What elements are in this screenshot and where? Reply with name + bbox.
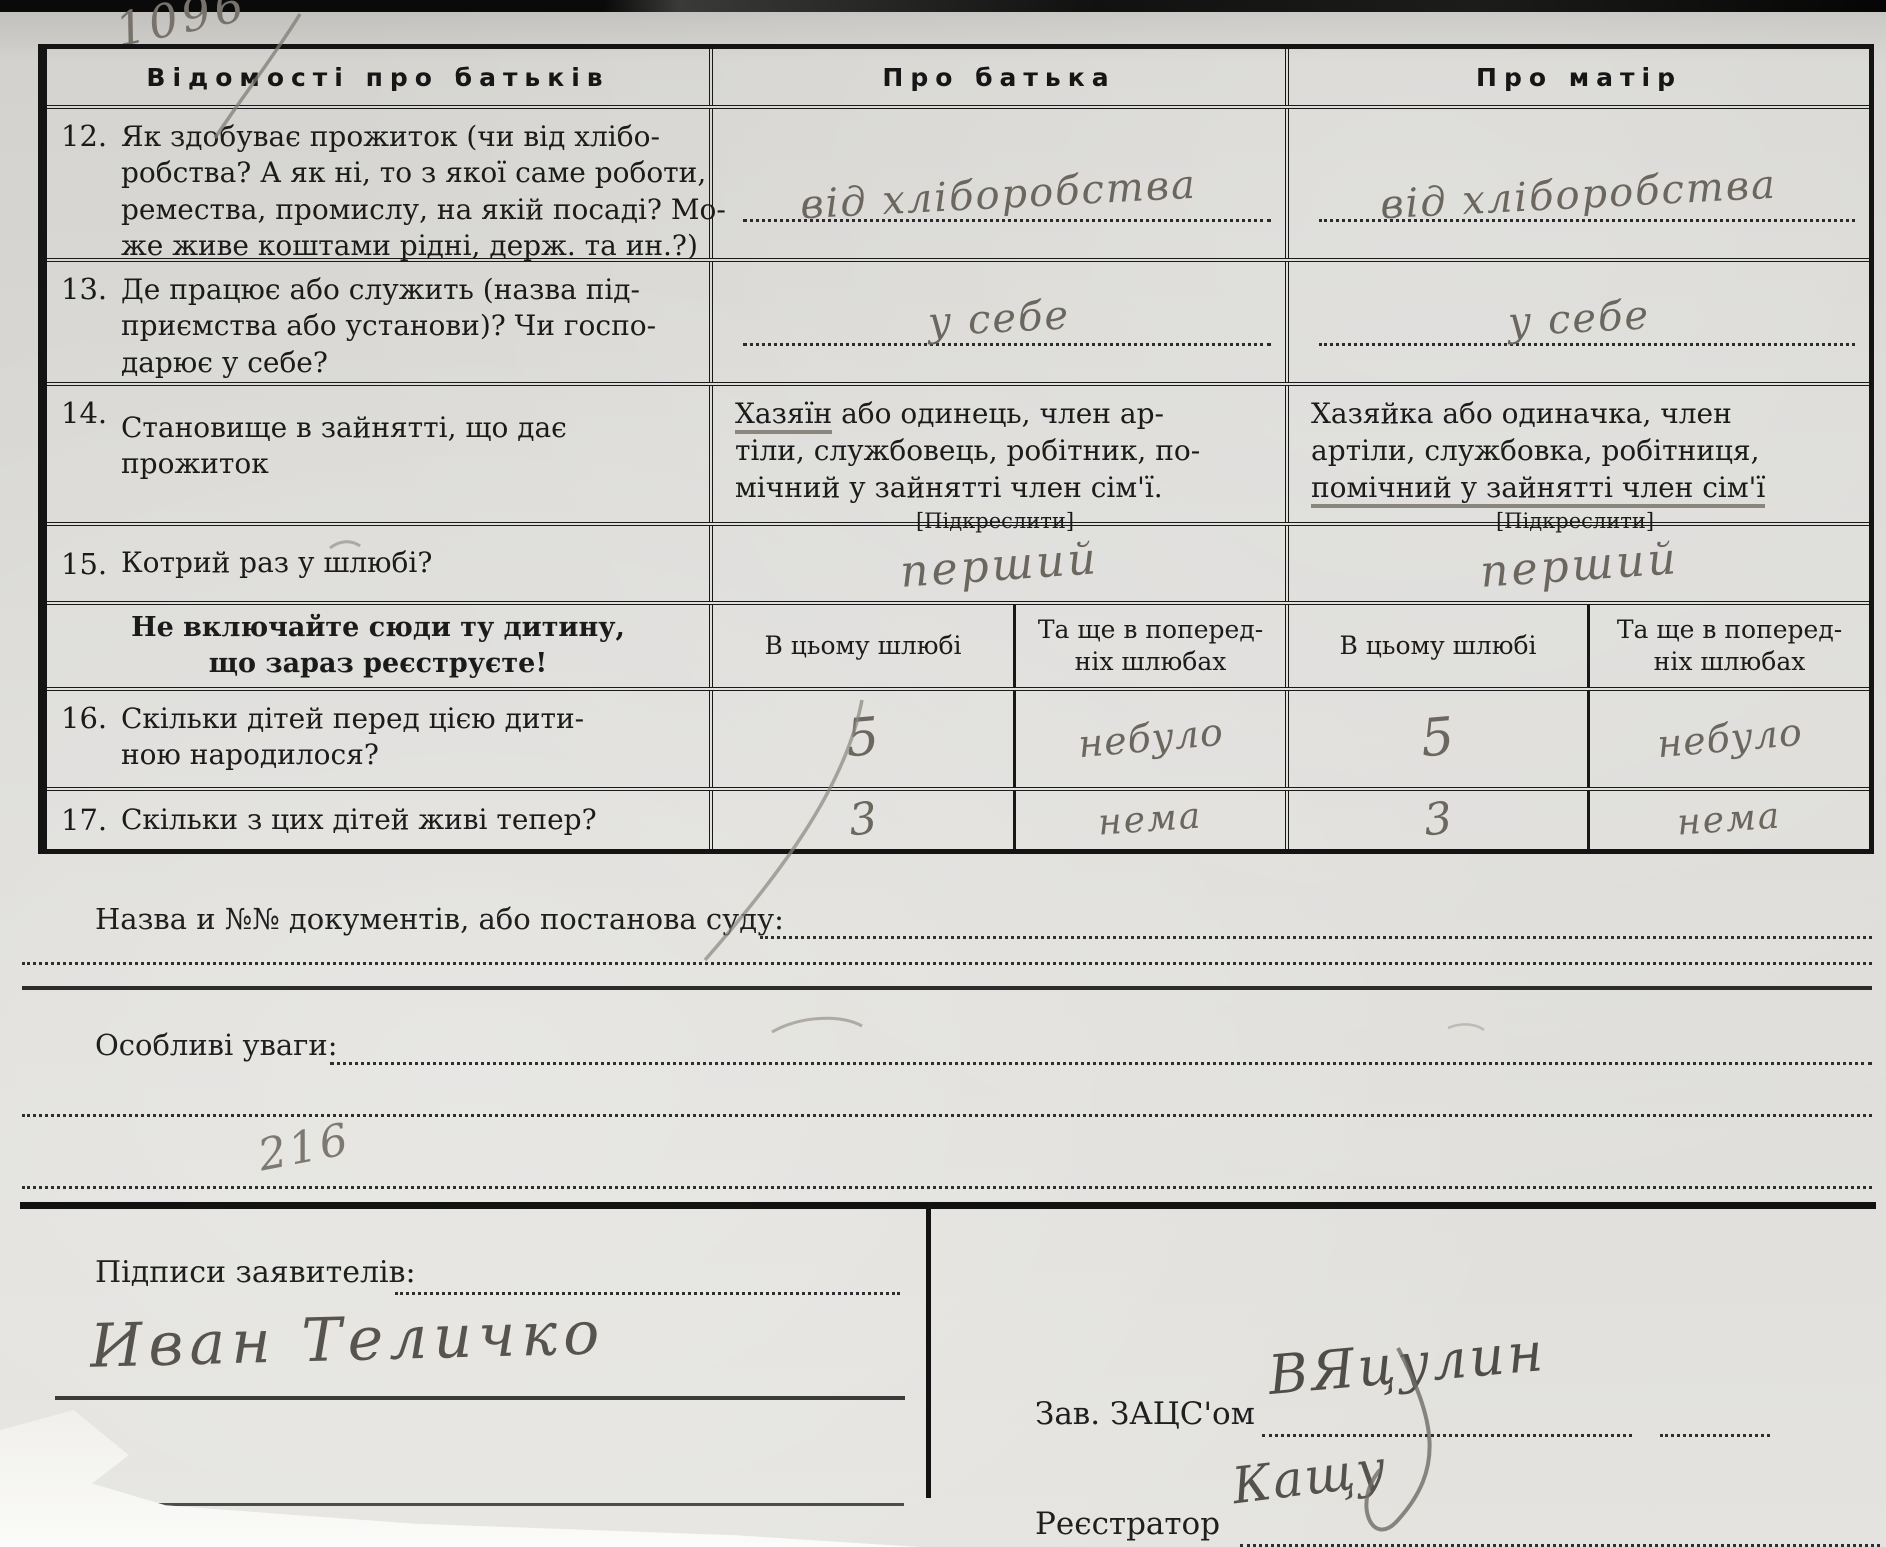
table-header-row: Відомості про батьків Про батька Про мат… [47,49,1869,105]
subcol-prev-line1: Та ще в поперед- [1617,614,1842,647]
documents-line-3 [22,986,1872,990]
pencil-scribble-middle: 216 [254,1114,355,1182]
question-14-line2: прожиток [121,446,567,482]
options-14-mother-line2: артіли, службовка, робітниця, [1311,433,1869,470]
registry-head-label: Зав. ЗАЦС'ом [1035,1396,1255,1432]
parents-info-table: Відомості про батьків Про батька Про мат… [38,44,1874,854]
question-15-text: Котрий раз у шлюбі? [121,545,432,581]
notes-label: Особливі уваги: [95,1028,337,1062]
question-13-line3: дарює у себе? [121,345,656,381]
question-17-text: Скільки з цих дітей живі тепер? [121,802,597,838]
question-12-line4: же живе коштами рідні, держ. та ин.?) [121,228,726,264]
options-14-mother-line3: помічний у зайнятті член сім'ї [1311,470,1869,507]
underlined-option-father: Хазяїн [735,397,832,434]
answer-13-mother: у себе [1507,292,1651,345]
pencil-stroke [772,1018,862,1032]
header-mother: Про матір [1285,49,1869,105]
answer-17-father-prev-cell: нема [1013,791,1285,849]
subcol-prev-line2: ніх шлюбах [1075,646,1227,679]
subcol-mother-this-marriage: В цьому шлюбі [1289,605,1587,687]
options-14-father-line3: мічний у зайнятті член сім'ї. [735,470,1285,507]
question-13-line2: приємства або установи)? Чи госпо- [121,308,656,344]
notes-line-2 [22,1114,1872,1117]
registry-head-signature: ВЯцулин [1266,1320,1548,1407]
marriage-note-line2: що зараз реєструєте! [209,646,547,682]
question-12-number: 12. [61,119,121,258]
subcol-prev-line2: ніх шлюбах [1654,646,1806,679]
signature-underline [55,1396,905,1400]
header-parents: Відомості про батьків [47,49,709,105]
answer-line [1319,343,1855,346]
question-16-line2: ною народилося? [121,737,584,773]
question-16-text: Скільки дітей перед цією дити- ною народ… [121,701,584,787]
registry-head-dotted-line [1262,1434,1632,1437]
applicant-signature: Иван Теличко [89,1298,606,1381]
subcol-father-previous-marriages: Та ще в поперед- ніх шлюбах [1013,605,1285,687]
answer-17-father-prev: нема [1097,793,1204,847]
scan-top-edge [0,0,1886,12]
row-q13: 13. Де працює або служить (назва під- пр… [47,258,1869,382]
question-13-line1: Де працює або служить (назва під- [121,272,656,308]
underlined-option-mother: помічний у зайнятті член сім'ї [1311,471,1765,508]
question-12-text: Як здобуває прожиток (чи від хлібо- робс… [121,119,726,258]
question-14-text: Становище в зайнятті, що дає прожиток [121,396,567,522]
subcol-father-this-marriage: В цьому шлюбі [713,605,1013,687]
answer-13-mother-cell: у себе [1285,262,1869,382]
answer-16-mother-prev-cell: небуло [1587,691,1869,787]
footer-dotted-line [22,1186,1872,1189]
answer-12-father-cell: від хліборобства [709,109,1285,258]
answer-17-mother-prev: нема [1676,793,1783,847]
documents-line-2 [22,962,1872,965]
row-q17: 17. Скільки з цих дітей живі тепер? 3 не… [47,787,1869,849]
documents-dotted-line [760,936,1872,939]
answer-17-mother-this-cell: 3 [1289,791,1587,849]
answer-line [743,343,1271,346]
question-12-line2: робства? А як ні, то з якої саме роботи, [121,155,726,191]
question-17: 17. Скільки з цих дітей живі тепер? [47,791,709,849]
torn-paper-edge [0,1380,920,1547]
question-13-number: 13. [61,272,121,382]
answer-15-mother-cell: перший [1285,526,1869,601]
question-15: 15. Котрий раз у шлюбі? [47,526,709,601]
answer-17-mother-prev-cell: нема [1587,791,1869,849]
documents-label: Назва и №№ документів, або постанова суд… [95,902,784,936]
subcol-prev-line1: Та ще в поперед- [1038,614,1263,647]
marriage-note-line1: Не включайте сюди ту дитину, [131,610,625,646]
answer-16-father-prev-cell: небуло [1013,691,1285,787]
question-16: 16. Скільки дітей перед цією дити- ною н… [47,691,709,787]
answer-12-mother-cell: від хліборобства [1285,109,1869,258]
marriage-note: Не включайте сюди ту дитину, що зараз ре… [47,605,709,687]
signatures-dotted-line [395,1292,900,1295]
answer-16-father-prev: небуло [1076,708,1226,770]
question-16-line1: Скільки дітей перед цією дити- [121,701,584,737]
question-12-line3: ремества, промислу, на якій посаді? Мо- [121,192,726,228]
question-13: 13. Де працює або служить (назва під- пр… [47,262,709,382]
answer-17-father-this: 3 [846,790,880,850]
subheader-father: В цьому шлюбі Та ще в поперед- ніх шлюба… [709,605,1285,687]
options-14-father: Хазяїн або одинець, член ар- тіли, служб… [709,386,1285,522]
row-q16: 16. Скільки дітей перед цією дити- ною н… [47,687,1869,787]
question-13-text: Де працює або служить (назва під- приємс… [121,272,656,382]
answer-16-mother-this-cell: 5 [1289,691,1587,787]
footer-separator-line [20,1202,1876,1209]
options-14-father-line1: Хазяїн або одинець, член ар- [735,396,1285,433]
options-14-father-line2: тіли, службовець, робітник, по- [735,433,1285,470]
row-q15: 15. Котрий раз у шлюбі? перший перший [47,522,1869,601]
answer-16-father-this-cell: 5 [713,691,1013,787]
row-q12: 12. Як здобуває прожиток (чи від хлібо- … [47,105,1869,258]
subcol-mother-previous-marriages: Та ще в поперед- ніх шлюбах [1587,605,1869,687]
signatures-label: Підписи заявителів: [95,1255,416,1290]
answer-15-father: перший [898,533,1100,598]
answers-17-father: 3 нема [709,791,1285,849]
question-14: 14. Становище в зайнятті, що дає прожито… [47,386,709,522]
question-15-number: 15. [61,547,121,581]
answers-16-mother: 5 небуло [1285,691,1869,787]
options-14-father-line1-rest: або одинець, член ар- [832,397,1164,430]
question-12-line1: Як здобуває прожиток (чи від хлібо- [121,119,726,155]
row-subheader: Не включайте сюди ту дитину, що зараз ре… [47,601,1869,687]
question-16-number: 16. [61,701,121,787]
answer-13-father-cell: у себе [709,262,1285,382]
registry-head-dotted-line-2 [1660,1434,1770,1437]
footer-vertical-divider [926,1202,931,1498]
options-14-mother: Хазяйка або одиначка, член артіли, служб… [1285,386,1869,522]
answer-16-father-this: 5 [844,704,883,774]
answers-17-mother: 3 нема [1285,791,1869,849]
pencil-stroke [1448,1024,1484,1030]
registrar-signature: Кащу [1229,1439,1390,1516]
answer-16-mother-prev: небуло [1655,708,1805,770]
notes-dotted-line [330,1062,1872,1065]
header-father: Про батька [709,49,1285,105]
question-14-number: 14. [61,396,121,522]
subheader-mother: В цьому шлюбі Та ще в поперед- ніх шлюба… [1285,605,1869,687]
registrar-label: Реєстратор [1035,1506,1220,1542]
signature-line-2 [78,1503,904,1506]
options-14-mother-line1: Хазяйка або одиначка, член [1311,396,1869,433]
answer-13-father: у себе [927,292,1071,345]
answer-15-father-cell: перший [709,526,1285,601]
answer-17-mother-this: 3 [1421,790,1455,850]
answer-16-mother-this: 5 [1419,704,1458,774]
question-14-line1: Становище в зайнятті, що дає [121,410,567,446]
question-12: 12. Як здобуває прожиток (чи від хлібо- … [47,109,709,258]
question-17-number: 17. [61,803,121,837]
row-q14: 14. Становище в зайнятті, що дає прожито… [47,382,1869,522]
answer-17-father-this-cell: 3 [713,791,1013,849]
scanned-registry-form: 1096 Відомості про батьків Про батька Пр… [0,0,1886,1547]
answers-16-father: 5 небуло [709,691,1285,787]
answer-15-mother: перший [1478,533,1680,598]
